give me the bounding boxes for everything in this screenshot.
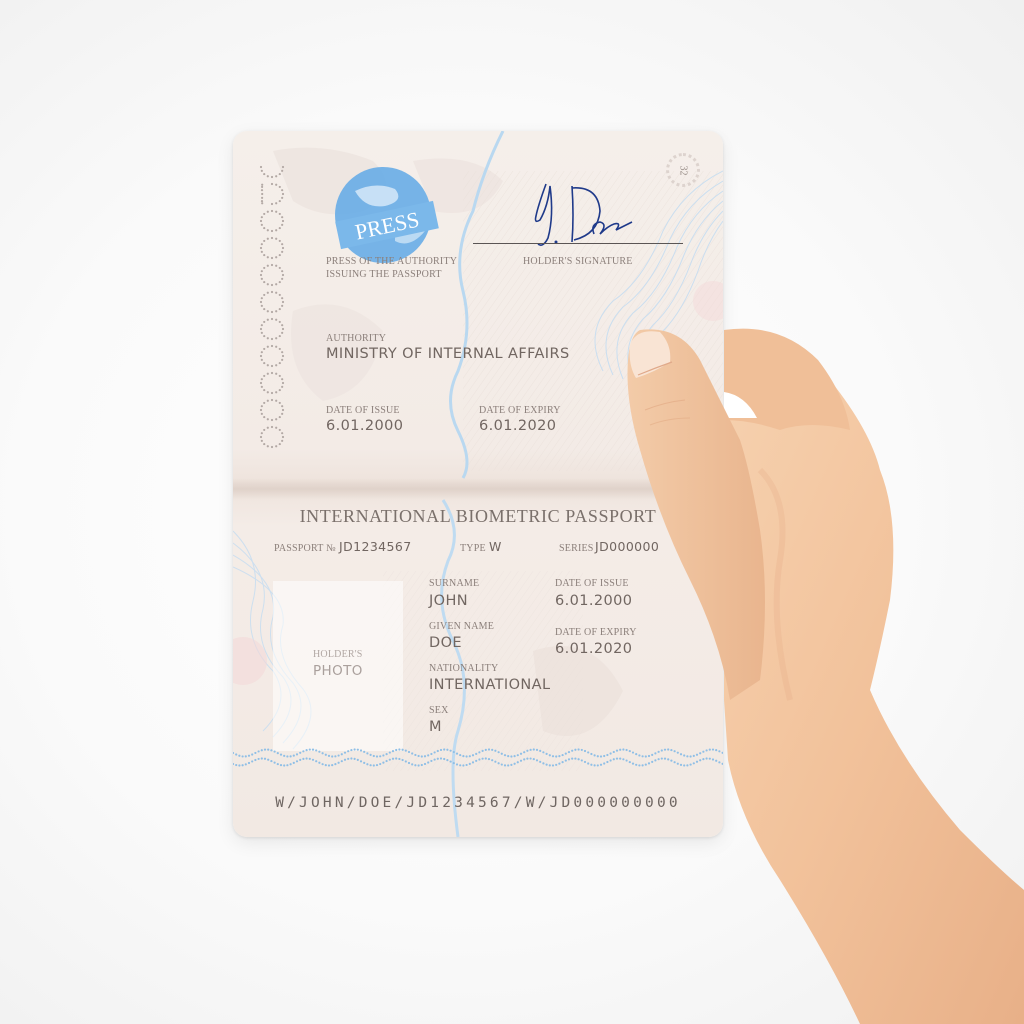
- lower-date-of-expiry-label: DATE OF EXPIRY: [555, 627, 637, 638]
- upper-date-of-issue-label: DATE OF ISSUE: [326, 405, 400, 416]
- surname-value: JOHN: [429, 593, 468, 609]
- lower-date-of-issue-label: DATE OF ISSUE: [555, 578, 629, 589]
- nationality-label: NATIONALITY: [429, 663, 498, 674]
- page-number-seal: 32: [666, 153, 700, 187]
- given-name-value: DOE: [429, 635, 462, 651]
- photo-label-line2: PHOTO: [313, 663, 363, 679]
- nationality-value: INTERNATIONAL: [429, 677, 550, 693]
- signature-icon: [528, 176, 648, 251]
- series-label: SERIES: [559, 543, 594, 554]
- lower-date-of-expiry-value: 6.01.2020: [555, 641, 632, 657]
- passport-title: INTERNATIONAL BIOMETRIC PASSPORT: [233, 506, 723, 527]
- sex-value: M: [429, 719, 442, 735]
- page-fold: [233, 478, 723, 500]
- sex-label: SEX: [429, 705, 449, 716]
- signature-line: [473, 243, 683, 244]
- signature-label: HOLDER'S SIGNATURE: [523, 256, 633, 267]
- security-wave-band: [233, 743, 723, 773]
- passport-document: 32 PRESS PRESS OF THE AUTHORITY ISSUING …: [233, 131, 723, 837]
- passport-no-label: PASSPORT №: [274, 543, 336, 554]
- lower-date-of-issue-value: 6.01.2000: [555, 593, 632, 609]
- surname-label: SURNAME: [429, 578, 479, 589]
- given-name-label: GIVEN NAME: [429, 621, 494, 632]
- photo-label-line1: HOLDER'S: [313, 649, 363, 660]
- passport-no-value: JD1234567: [339, 539, 412, 554]
- authority-label: AUTHORITY: [326, 333, 386, 344]
- upper-date-of-issue-value: 6.01.2000: [326, 418, 403, 434]
- page-number: 32: [678, 165, 689, 175]
- upper-date-of-expiry-label: DATE OF EXPIRY: [479, 405, 561, 416]
- type-label: TYPE: [460, 543, 486, 554]
- upper-date-of-expiry-value: 6.01.2020: [479, 418, 556, 434]
- type-value: W: [489, 539, 502, 554]
- series-value: JD000000: [595, 539, 659, 554]
- machine-readable-zone: W/JOHN/DOE/JD1234567/W/JD000000000: [233, 795, 723, 811]
- authority-value: MINISTRY OF INTERNAL AFFAIRS: [326, 346, 570, 362]
- press-stamp-icon: PRESS: [325, 161, 455, 271]
- stamp-caption-line2: ISSUING THE PASSPORT: [326, 269, 442, 280]
- perforated-number: [257, 155, 287, 455]
- stamp-caption-line1: PRESS OF THE AUTHORITY: [326, 256, 457, 267]
